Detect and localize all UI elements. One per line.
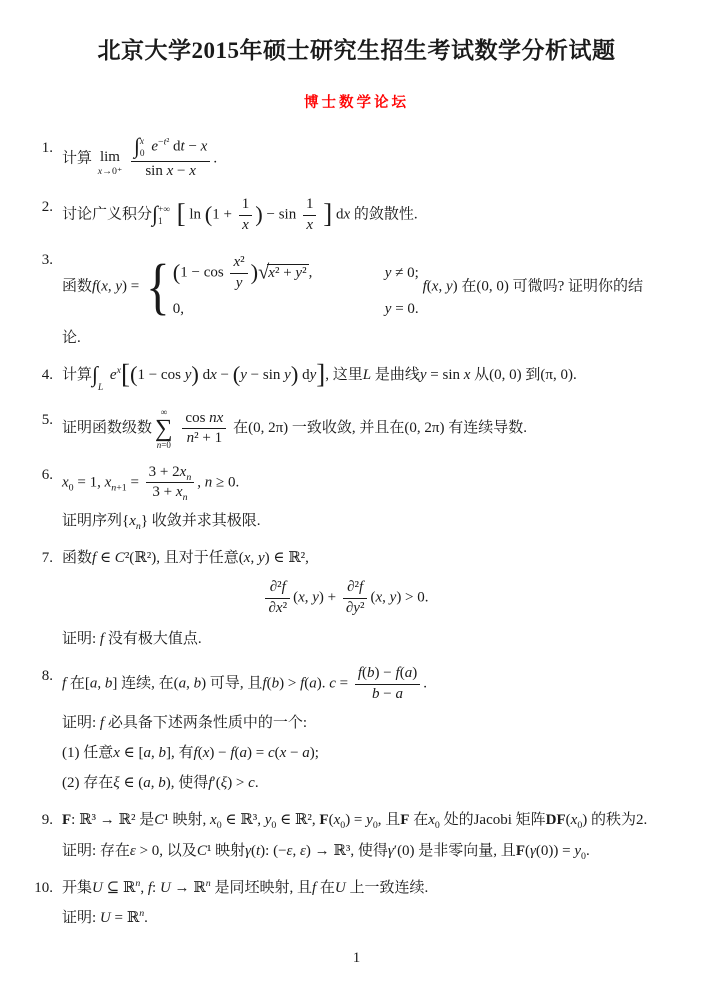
problem-number: 4. <box>30 363 62 395</box>
problem-body: 证明函数级数∞∑n=0 cos nxn² + 1 在(0, 2π) 一致收敛, … <box>62 408 683 450</box>
problem-body: f 在[a, b] 连续, 在(a, b) 可导, 且f(b) > f(a). … <box>62 664 683 795</box>
page-title: 北京大学2015年硕士研究生招生考试数学分析试题 <box>30 32 683 65</box>
problem-body: F: ℝ³ → ℝ² 是C¹ 映射, x0 ∈ ℝ³, y0 ∈ ℝ², F(x… <box>62 808 683 863</box>
problem-list: 1. 计算 limx→0⁺ ∫x0 e−t² dt − xsin x − x. … <box>30 136 683 931</box>
problem-6: 6. x0 = 1, xn+1 = 3 + 2xn3 + xn, n ≥ 0.证… <box>30 463 683 534</box>
problem-number: 3. <box>30 248 62 350</box>
problem-body: x0 = 1, xn+1 = 3 + 2xn3 + xn, n ≥ 0.证明序列… <box>62 463 683 534</box>
problem-number: 6. <box>30 463 62 534</box>
problem-8: 8. f 在[a, b] 连续, 在(a, b) 可导, 且f(b) > f(a… <box>30 664 683 795</box>
problem-body: 开集U ⊆ ℝn, f: U → ℝn 是同坯映射, 且f 在U 上一致连续.证… <box>62 876 683 931</box>
problem-9: 9. F: ℝ³ → ℝ² 是C¹ 映射, x0 ∈ ℝ³, y0 ∈ ℝ², … <box>30 808 683 863</box>
page-number: 1 <box>0 950 713 967</box>
problem-number: 7. <box>30 546 62 651</box>
problem-body: 计算 limx→0⁺ ∫x0 e−t² dt − xsin x − x. <box>62 136 683 182</box>
problem-body: 函数f ∈ C²(ℝ²), 且对于任意(x, y) ∈ ℝ²,∂²f∂x²(x,… <box>62 546 683 651</box>
problem-4: 4. 计算∫L ex[(1 − cos y) dx − (y − sin y) … <box>30 363 683 395</box>
problem-1: 1. 计算 limx→0⁺ ∫x0 e−t² dt − xsin x − x. <box>30 136 683 182</box>
problem-number: 10. <box>30 876 62 931</box>
problem-10: 10. 开集U ⊆ ℝn, f: U → ℝn 是同坯映射, 且f 在U 上一致… <box>30 876 683 931</box>
exam-paper-page: 北京大学2015年硕士研究生招生考试数学分析试题 博士数学论坛 1. 计算 li… <box>0 0 713 1005</box>
problem-3: 3. 函数f(x, y) = {(1 − cos x²y)√x² + y²,y … <box>30 248 683 350</box>
problem-body: 讨论广义积分∫+∞1 [ ln (1 + 1x) − sin 1x ] dx 的… <box>62 195 683 235</box>
problem-5: 5. 证明函数级数∞∑n=0 cos nxn² + 1 在(0, 2π) 一致收… <box>30 408 683 450</box>
forum-watermark: 博士数学论坛 <box>30 91 683 112</box>
problem-number: 5. <box>30 408 62 450</box>
problem-number: 9. <box>30 808 62 863</box>
problem-7: 7. 函数f ∈ C²(ℝ²), 且对于任意(x, y) ∈ ℝ²,∂²f∂x²… <box>30 546 683 651</box>
problem-2: 2. 讨论广义积分∫+∞1 [ ln (1 + 1x) − sin 1x ] d… <box>30 195 683 235</box>
problem-body: 计算∫L ex[(1 − cos y) dx − (y − sin y) dy]… <box>62 363 683 395</box>
problem-number: 8. <box>30 664 62 795</box>
problem-number: 1. <box>30 136 62 182</box>
problem-body: 函数f(x, y) = {(1 − cos x²y)√x² + y²,y ≠ 0… <box>62 248 683 350</box>
problem-number: 2. <box>30 195 62 235</box>
